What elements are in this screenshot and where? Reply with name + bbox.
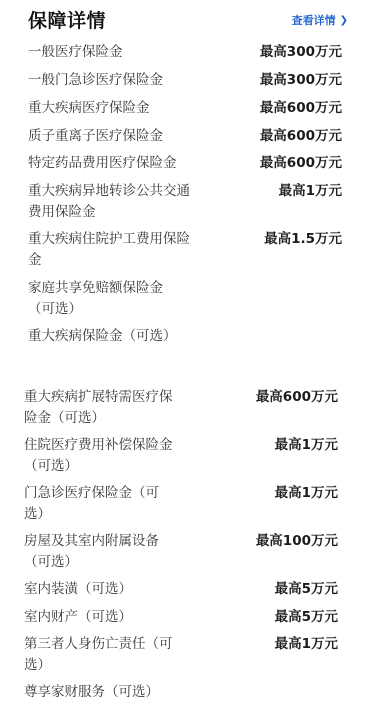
- coverage-value: 最高300万元: [260, 70, 342, 91]
- coverage-value: 最高600万元: [260, 153, 342, 174]
- coverage-label: 重大疾病保险金（可选）: [28, 326, 228, 347]
- coverage-label: 尊享家财服务（可选）: [24, 682, 224, 703]
- coverage-label: 第三者人身伤亡责任（可选）: [24, 634, 174, 676]
- coverage-value: 最高100万元: [256, 531, 338, 552]
- coverage-label: 一般门急诊医疗保险金: [28, 70, 228, 91]
- coverage-value: 最高600万元: [260, 126, 342, 147]
- section-title: 保障详情: [28, 6, 106, 33]
- coverage-label: 特定药品费用医疗保险金: [28, 153, 228, 174]
- chevron-right-icon: ❯: [340, 15, 348, 26]
- coverage-label: 重大疾病医疗保险金: [28, 98, 228, 119]
- coverage-value: 最高5万元: [275, 579, 338, 600]
- coverage-value: 最高1万元: [279, 181, 342, 202]
- coverage-label: 家庭共享免赔额保险金（可选）: [28, 278, 178, 320]
- coverage-label: 重大疾病异地转诊公共交通费用保险金: [28, 181, 193, 223]
- coverage-label: 重大疾病住院护工费用保险金: [28, 229, 193, 271]
- coverage-value: 最高300万元: [260, 42, 342, 63]
- coverage-label: 重大疾病扩展特需医疗保险金（可选）: [24, 387, 179, 429]
- coverage-value: 最高600万元: [260, 98, 342, 119]
- view-details-link[interactable]: 查看详情 ❯: [292, 12, 348, 28]
- section-header: 保障详情 查看详情 ❯: [28, 6, 350, 34]
- coverage-value: 最高1万元: [275, 483, 338, 504]
- coverage-label: 室内财产（可选）: [24, 607, 224, 628]
- coverage-label: 住院医疗费用补偿保险金（可选）: [24, 435, 179, 477]
- coverage-label: 房屋及其室内附属设备（可选）: [24, 531, 164, 573]
- coverage-value: 最高5万元: [275, 607, 338, 628]
- coverage-value: 最高1.5万元: [264, 229, 342, 250]
- view-details-label: 查看详情: [292, 12, 336, 28]
- coverage-value: 最高1万元: [275, 435, 338, 456]
- coverage-label: 室内装潢（可选）: [24, 579, 224, 600]
- coverage-label: 一般医疗保险金: [28, 42, 176, 63]
- coverage-label: 门急诊医疗保险金（可选）: [24, 483, 164, 525]
- coverage-label: 质子重离子医疗保险金: [28, 126, 228, 147]
- coverage-value: 最高600万元: [256, 387, 338, 408]
- coverage-value: 最高1万元: [275, 634, 338, 655]
